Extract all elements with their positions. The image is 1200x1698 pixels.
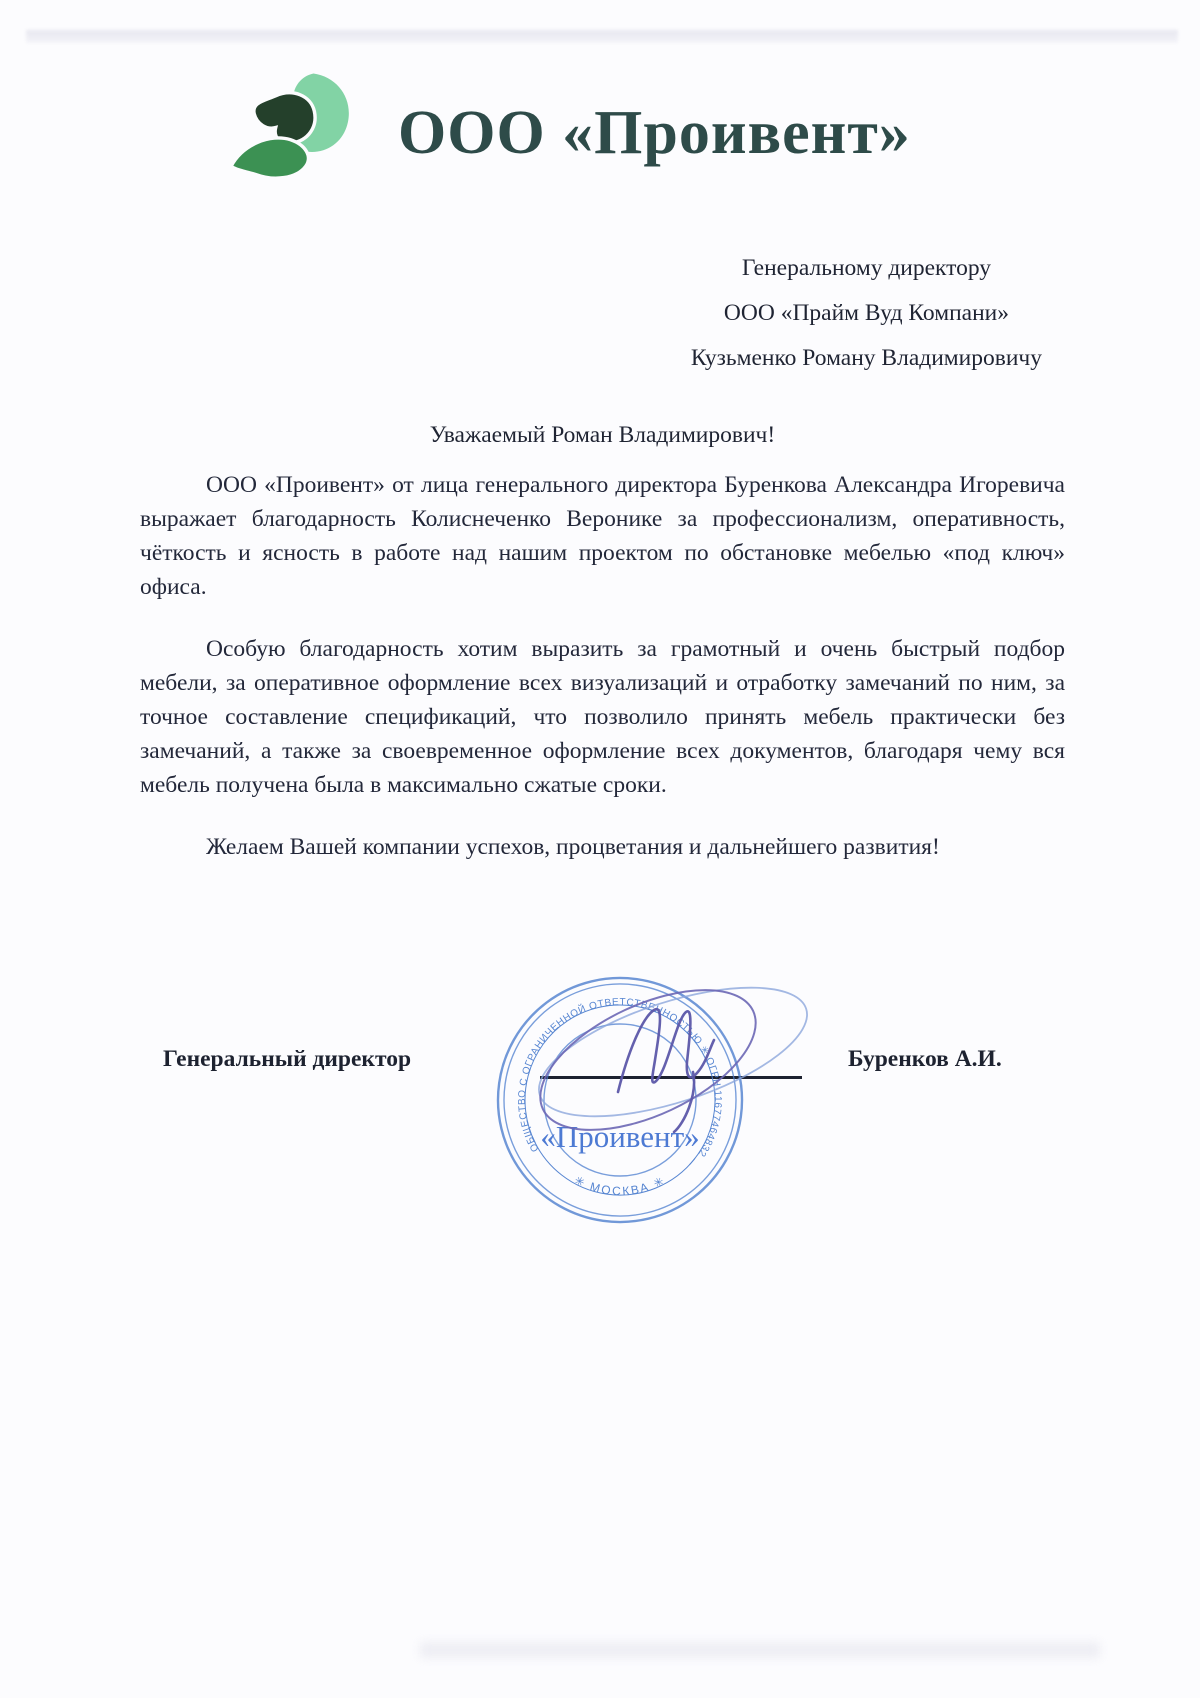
scanned-letter-page: ООО «Проивент» Генеральному директору ОО… xyxy=(0,0,1200,1698)
signer-name: Буренков А.И. xyxy=(848,1046,1002,1073)
scan-artifact-bottom xyxy=(420,1642,1100,1658)
body-paragraph: ООО «Проивент» от лица генерального дире… xyxy=(140,468,1065,604)
company-logo-leaves-icon xyxy=(226,70,358,180)
recipient-line-position: Генеральному директору xyxy=(691,246,1042,291)
company-name-title: ООО «Проивент» xyxy=(398,98,911,169)
recipient-block: Генеральному директору ООО «Прайм Вуд Ко… xyxy=(691,246,1042,381)
signer-title: Генеральный директор xyxy=(163,1046,411,1073)
scan-artifact-top xyxy=(26,30,1178,43)
handwritten-signature xyxy=(468,952,858,1182)
body-paragraph: Особую благодарность хотим выразить за г… xyxy=(140,632,1065,802)
salutation: Уважаемый Роман Владимирович! xyxy=(140,422,1065,449)
recipient-line-company: ООО «Прайм Вуд Компани» xyxy=(691,291,1042,336)
body-paragraph-wishes: Желаем Вашей компании успехов, процветан… xyxy=(140,830,1065,864)
letter-body: ООО «Проивент» от лица генерального дире… xyxy=(140,468,1065,892)
recipient-line-name: Кузьменко Роману Владимировичу xyxy=(691,336,1042,381)
